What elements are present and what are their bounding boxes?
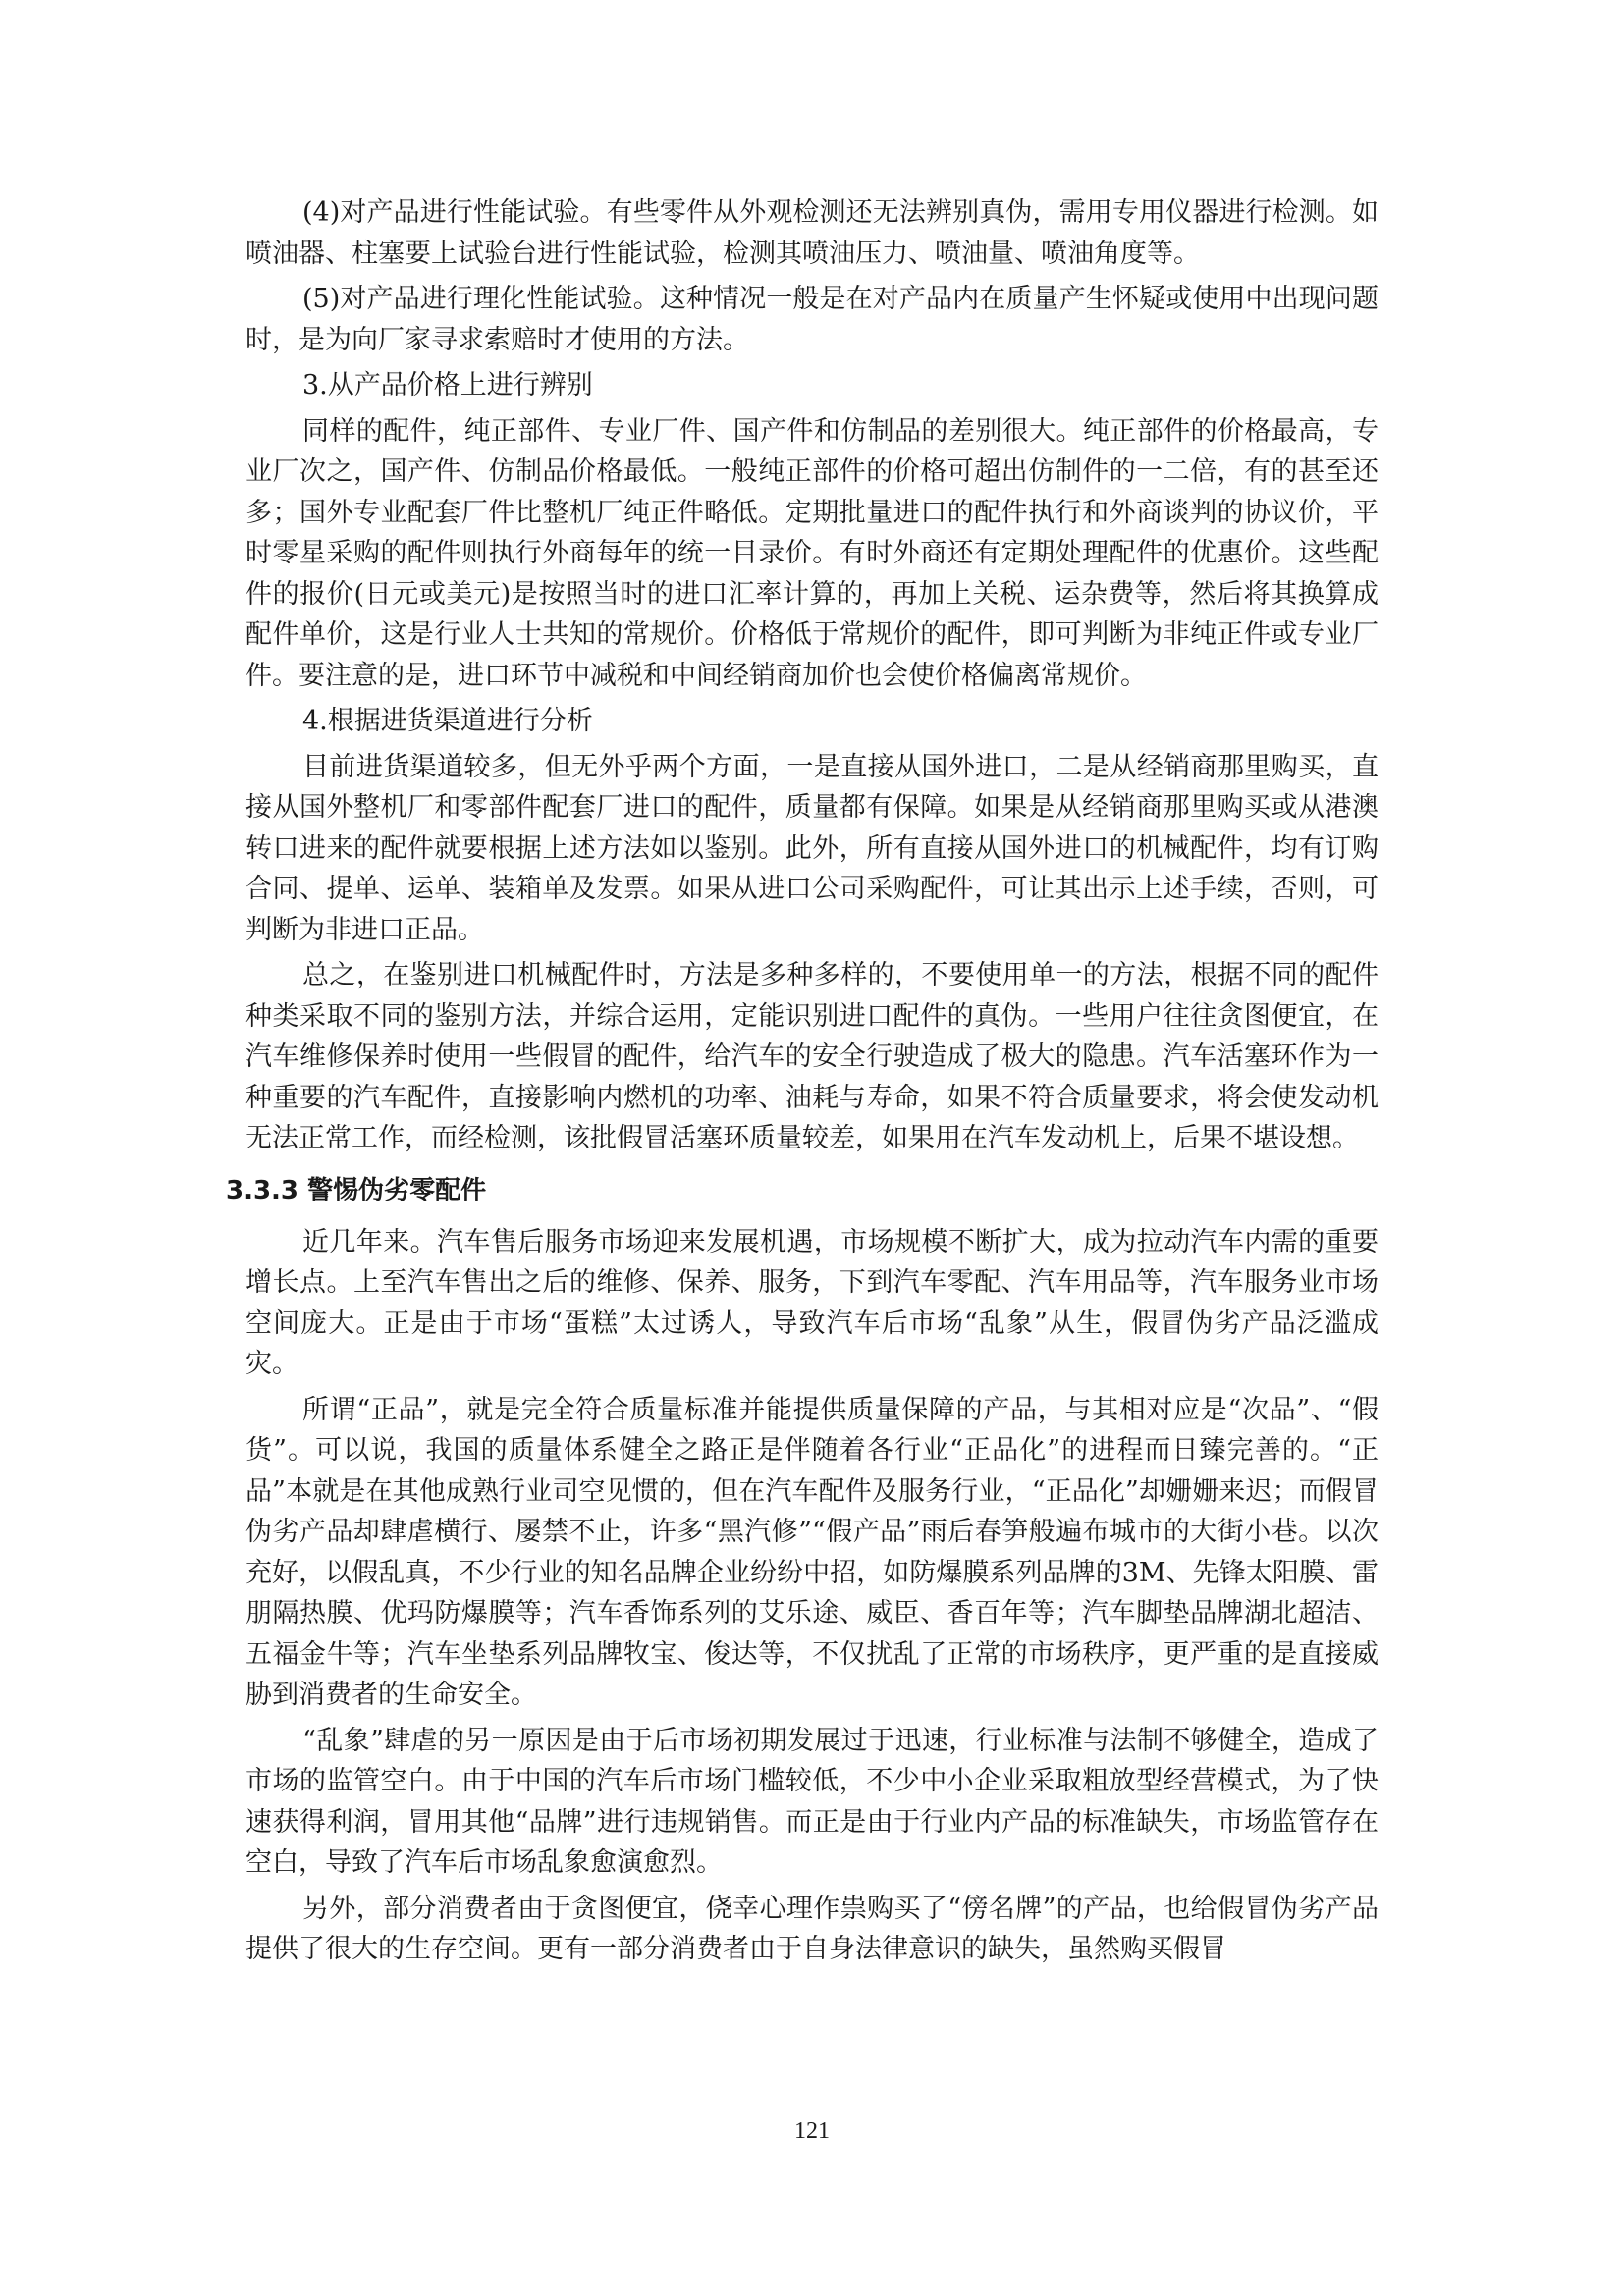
subheading-price: 3.从产品价格上进行辨别 [245,365,1379,406]
paragraph-consumers: 另外，部分消费者由于贪图便宜，侥幸心理作祟购买了“傍名牌”的产品，也给假冒伪劣产… [245,1889,1379,1970]
paragraph-market-growth: 近几年来。汽车售后服务市场迎来发展机遇，市场规模不断扩大，成为拉动汽车内需的重要… [245,1222,1379,1385]
paragraph-chaos-reason: “乱象”肆虐的另一原因是由于后市场初期发展过于迅速，行业标准与法制不够健全，造成… [245,1721,1379,1884]
section-heading: 3.3.3 警惕伪劣零配件 [226,1173,1379,1208]
paragraph-physical-chemical-test: (5)对产品进行理化性能试验。这种情况一般是在对产品内在质量产生怀疑或使用中出现… [245,279,1379,360]
paragraph-genuine-products: 所谓“正品”，就是完全符合质量标准并能提供质量保障的产品，与其相对应是“次品”、… [245,1390,1379,1716]
page-number: 121 [0,2118,1624,2145]
subheading-channel: 4.根据进货渠道进行分析 [245,701,1379,742]
document-body: (4)对产品进行性能试验。有些零件从外观检测还无法辨别真伪，需用专用仪器进行检测… [245,192,1379,1975]
paragraph-price: 同样的配件，纯正部件、专业厂件、国产件和仿制品的差别很大。纯正部件的价格最高，专… [245,411,1379,697]
paragraph-channel: 目前进货渠道较多，但无外乎两个方面，一是直接从国外进口，二是从经销商那里购买，直… [245,747,1379,951]
paragraph-performance-test: (4)对产品进行性能试验。有些零件从外观检测还无法辨别真伪，需用专用仪器进行检测… [245,192,1379,274]
paragraph-summary: 总之，在鉴别进口机械配件时，方法是多种多样的，不要使用单一的方法，根据不同的配件… [245,955,1379,1159]
